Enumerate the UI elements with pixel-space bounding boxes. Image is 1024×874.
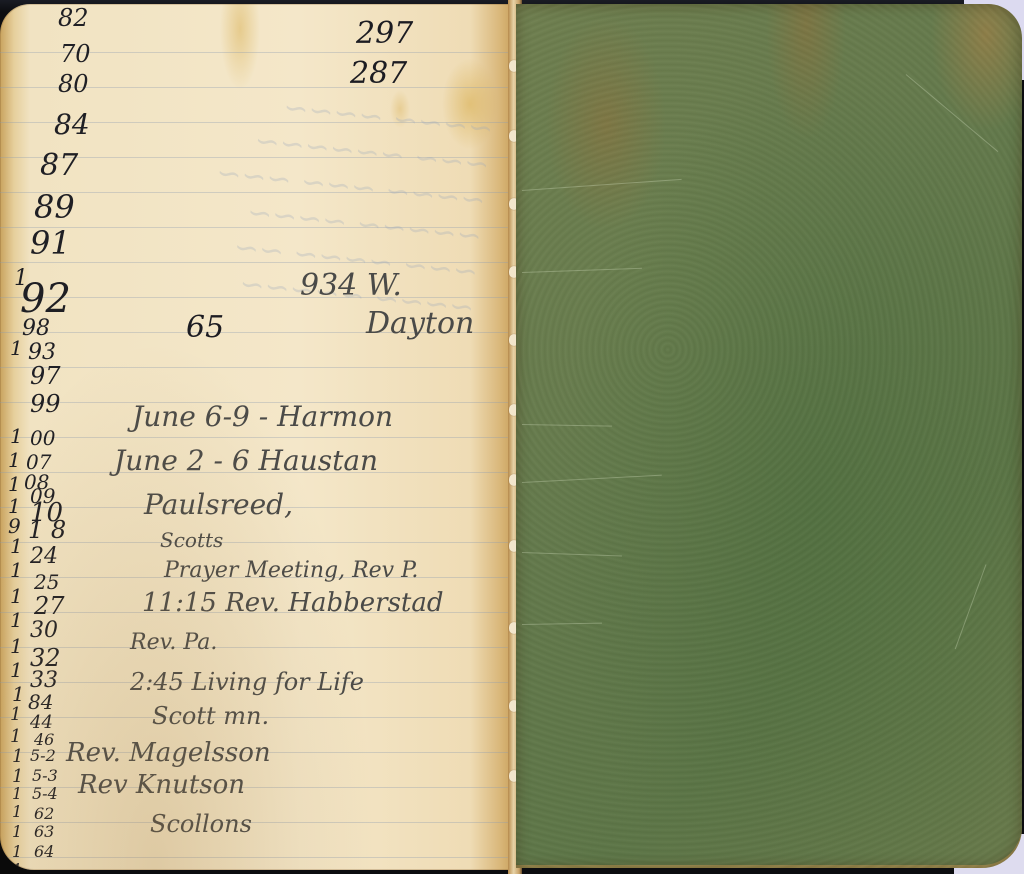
- address-city: Dayton: [366, 306, 474, 341]
- column-number: 64: [34, 842, 54, 861]
- cover-crease: [522, 179, 682, 191]
- column-number: 1: [10, 558, 23, 582]
- cover-crease: [522, 623, 602, 625]
- column-number: 1: [12, 860, 22, 870]
- handwritten-entry: 2:45 Living for Life: [130, 668, 364, 696]
- handwritten-entry: June 6-9 - Harmon: [132, 400, 393, 433]
- column-number: 84: [28, 690, 53, 714]
- column-number: 24: [30, 544, 58, 569]
- column-number: 63: [34, 822, 54, 841]
- column-number: 5-3: [32, 766, 58, 785]
- handwritten-entry: Scotts: [160, 528, 223, 552]
- address-number: 934 W.: [300, 268, 402, 303]
- column-number: 97: [30, 362, 61, 390]
- column-number: 1: [12, 784, 22, 803]
- cover-crease: [522, 424, 612, 427]
- column-number: 1: [10, 658, 23, 682]
- column-number: 1: [10, 726, 21, 747]
- top-number-1: 297: [356, 16, 413, 51]
- cover-crease: [522, 552, 622, 556]
- handwritten-entry: Prayer Meeting, Rev P.: [164, 558, 418, 583]
- column-number: 1: [10, 336, 23, 360]
- cover-crease: [906, 74, 999, 152]
- handwritten-entry: Rev. Magelsson: [66, 738, 271, 768]
- column-number: 84: [54, 108, 90, 141]
- handwritten-entry: Paulsreed,: [144, 488, 293, 521]
- column-number: 70: [60, 40, 91, 68]
- column-number: 1: [10, 608, 23, 632]
- column-number: 1: [12, 682, 25, 706]
- column-number: 1: [12, 802, 22, 821]
- column-number: 00: [30, 426, 55, 450]
- column-number: 27: [34, 592, 65, 620]
- column-number: 62: [34, 804, 54, 823]
- column-number: 1: [10, 534, 23, 558]
- column-number: 98: [22, 316, 50, 341]
- column-number: 99: [30, 390, 61, 418]
- column-number: 5-2: [30, 746, 56, 765]
- column-number: 1: [8, 472, 21, 496]
- column-number: 1 8: [28, 516, 66, 544]
- left-page: ~~~~ ~~~~~~~ ~~~~~~~~~~ ~~~ ~~~~~~~~ ~~~…: [0, 4, 516, 870]
- handwritten-entry: Scollons: [150, 810, 252, 838]
- column-number: 82: [58, 4, 89, 32]
- cover-crease: [522, 475, 662, 483]
- column-number: 1: [10, 634, 23, 658]
- column-number: 25: [34, 570, 59, 594]
- column-number: 91: [30, 224, 71, 262]
- green-cover: [516, 4, 1022, 868]
- column-number: 1: [10, 584, 23, 608]
- handwritten-entry: Rev Knutson: [78, 770, 245, 800]
- column-number: 1: [10, 424, 23, 448]
- column-number: 30: [30, 618, 58, 643]
- handwritten-entry: Scott mn.: [152, 702, 269, 730]
- column-number: 1: [12, 746, 23, 767]
- column-number: 1: [12, 842, 22, 861]
- column-number: 1: [12, 822, 22, 841]
- column-number: 1: [10, 704, 21, 725]
- column-number: 1: [8, 448, 21, 472]
- column-number: 80: [58, 70, 89, 98]
- column-number: 5-4: [32, 784, 58, 803]
- handwritten-entry: Rev. Pa.: [130, 630, 217, 655]
- cover-crease: [522, 268, 642, 273]
- cover-crease: [955, 564, 987, 649]
- bleed-through-text: ~~~~ ~~~~~~~ ~~~~~~~~~~ ~~~ ~~~~~~~~ ~~~…: [135, 78, 495, 411]
- column-number: 87: [40, 148, 78, 183]
- side-number: 65: [186, 310, 224, 345]
- column-number: 89: [34, 188, 75, 226]
- handwritten-entry: June 2 - 6 Haustan: [114, 444, 378, 477]
- handwritten-entry: 11:15 Rev. Habberstad: [142, 588, 444, 618]
- notebook-scan: ~~~~ ~~~~~~~ ~~~~~~~~~~ ~~~ ~~~~~~~~ ~~~…: [0, 0, 1024, 874]
- top-number-2: 287: [350, 56, 407, 91]
